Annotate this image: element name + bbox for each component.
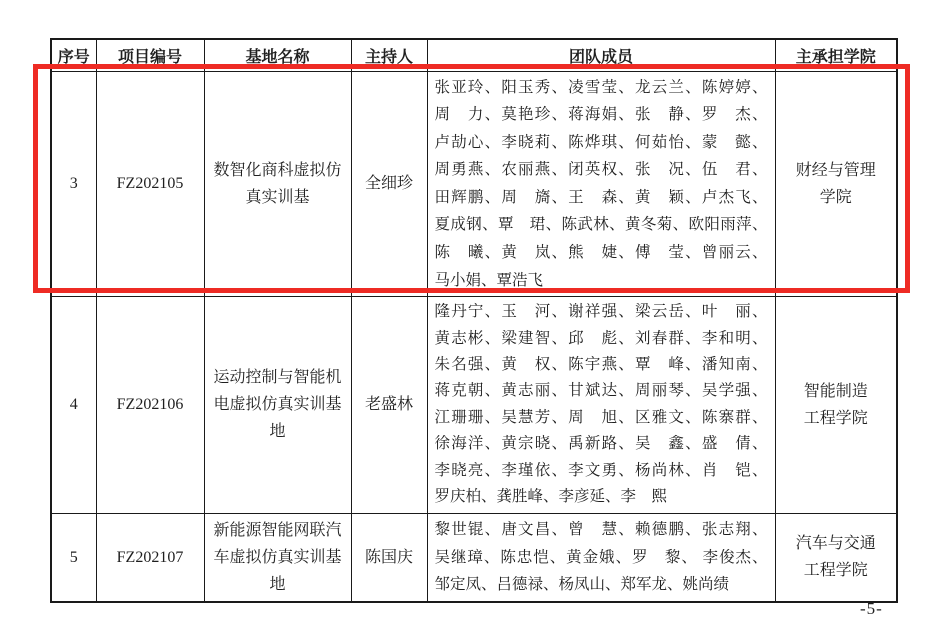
project-code-cell: FZ202107 [96, 513, 204, 602]
header-team-members: 团队成员 [427, 39, 775, 71]
page-number: -5- [860, 599, 883, 619]
document-page: 序号 项目编号 基地名称 主持人 团队成员 主承担学院 3 FZ202105 数… [0, 0, 947, 638]
header-row: 序号 项目编号 基地名称 主持人 团队成员 主承担学院 [51, 39, 897, 71]
table-row-3: 3 FZ202105 数智化商科虚拟仿 真实训基 全细珍 张亚玲、阳玉秀、凌雪莹… [51, 71, 897, 297]
table-row-5: 5 FZ202107 新能源智能网联汽 车虚拟仿真实训基 地 陈国庆 黎世锟、唐… [51, 513, 897, 602]
base-name-line: 车虚拟仿真实训基 [205, 544, 351, 571]
college-line: 智能制造 [776, 378, 897, 405]
header-project-code: 项目编号 [96, 39, 204, 71]
table-row-4: 4 FZ202106 运动控制与智能机 电虚拟仿真实训基 地 老盛林 隆丹宁、玉… [51, 297, 897, 513]
base-name-line: 新能源智能网联汽 [205, 517, 351, 544]
college-line: 学院 [776, 184, 897, 211]
seq-cell: 5 [51, 513, 96, 602]
team-members-line: 卢劼心、李晓莉、陈烨琪、何茹怡、蒙 懿、 [435, 129, 768, 157]
team-members-line: 周 力、莫艳珍、蒋海娟、张 静、罗 杰、 [435, 101, 768, 129]
college-cell: 智能制造 工程学院 [775, 297, 897, 513]
team-members-line: 蒋克朝、黄志丽、甘斌达、周丽琴、吴学强、 [435, 378, 768, 404]
team-members-line: 朱名强、黄 权、陈宇燕、覃 峰、潘知南、 [435, 352, 768, 378]
leader-cell: 老盛林 [351, 297, 427, 513]
base-name-cell: 数智化商科虚拟仿 真实训基 [204, 71, 351, 297]
base-name-line: 地 [205, 571, 351, 598]
college-line: 财经与管理 [776, 157, 897, 184]
team-members-cell: 隆丹宁、玉 河、谢祥强、梁云岳、叶 丽、 黄志彬、梁建智、邱 彪、刘春群、李和明… [427, 297, 775, 513]
college-line: 工程学院 [776, 557, 897, 584]
leader-cell: 全细珍 [351, 71, 427, 297]
team-members-line: 黄志彬、梁建智、邱 彪、刘春群、李和明、 [435, 326, 768, 352]
base-name-line: 地 [205, 418, 351, 445]
college-line: 工程学院 [776, 405, 897, 432]
team-members-cell: 张亚玲、阳玉秀、凌雪莹、龙云兰、陈婷婷、 周 力、莫艳珍、蒋海娟、张 静、罗 杰… [427, 71, 775, 297]
leader-cell: 陈国庆 [351, 513, 427, 602]
team-members-line: 李晓亮、李瑾依、李文勇、杨尚林、肖 铠、 [435, 458, 768, 484]
project-code-cell: FZ202105 [96, 71, 204, 297]
team-members-line: 徐海洋、黄宗晓、禹新路、吴 鑫、盛 倩、 [435, 431, 768, 457]
base-name-line: 数智化商科虚拟仿 [205, 157, 351, 184]
base-name-cell: 新能源智能网联汽 车虚拟仿真实训基 地 [204, 513, 351, 602]
projects-table: 序号 项目编号 基地名称 主持人 团队成员 主承担学院 3 FZ202105 数… [50, 38, 898, 603]
team-members-cell: 黎世锟、唐文昌、曾 慧、赖德鹏、张志翔、 吴继璋、陈忠恺、黄金娥、罗 黎、 李俊… [427, 513, 775, 602]
team-members-line: 隆丹宁、玉 河、谢祥强、梁云岳、叶 丽、 [435, 299, 768, 325]
team-members-line: 陈 曦、黄 岚、熊 婕、傅 莹、曾丽云、 [435, 239, 768, 267]
team-members-line: 江珊珊、吴慧芳、周 旭、区雅文、陈寨群、 [435, 405, 768, 431]
project-code-cell: FZ202106 [96, 297, 204, 513]
team-members-line: 夏成钢、覃 珺、陈武林、黄冬菊、欧阳雨萍、 [435, 211, 768, 239]
header-college: 主承担学院 [775, 39, 897, 71]
team-members-line: 马小娟、覃浩飞 [435, 267, 768, 295]
team-members-line: 黎世锟、唐文昌、曾 慧、赖德鹏、张志翔、 [435, 516, 768, 543]
header-base-name: 基地名称 [204, 39, 351, 71]
header-leader: 主持人 [351, 39, 427, 71]
team-members-line: 周勇燕、农丽燕、闭英权、张 况、伍 君、 [435, 156, 768, 184]
seq-cell: 4 [51, 297, 96, 513]
college-cell: 汽车与交通 工程学院 [775, 513, 897, 602]
team-members-line: 田辉鹏、周 旖、王 森、黄 颖、卢杰飞、 [435, 184, 768, 212]
base-name-line: 电虚拟仿真实训基 [205, 391, 351, 418]
college-line: 汽车与交通 [776, 530, 897, 557]
header-seq: 序号 [51, 39, 96, 71]
base-name-line: 运动控制与智能机 [205, 364, 351, 391]
team-members-line: 罗庆柏、龚胜峰、李彦延、李 熙 [435, 484, 768, 510]
college-cell: 财经与管理 学院 [775, 71, 897, 297]
base-name-line: 真实训基 [205, 184, 351, 211]
base-name-cell: 运动控制与智能机 电虚拟仿真实训基 地 [204, 297, 351, 513]
team-members-line: 吴继璋、陈忠恺、黄金娥、罗 黎、 李俊杰、 [435, 544, 768, 571]
seq-cell: 3 [51, 71, 96, 297]
team-members-line: 张亚玲、阳玉秀、凌雪莹、龙云兰、陈婷婷、 [435, 74, 768, 102]
team-members-line: 邹定凤、吕德禄、杨凤山、郑军龙、姚尚绩 [435, 571, 768, 598]
